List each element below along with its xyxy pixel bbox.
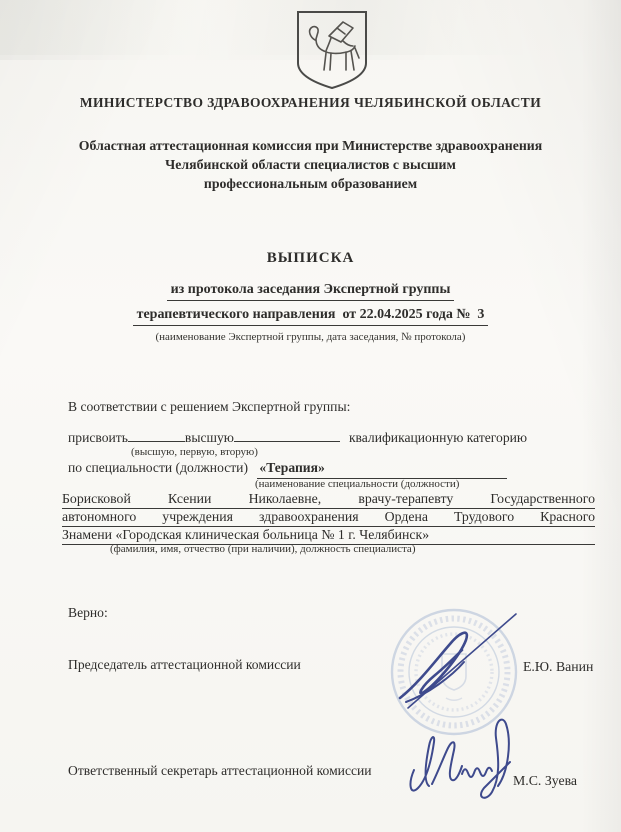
protocol-subtitle-line2: терапевтического направления от 22.04.20… xyxy=(0,307,621,326)
document-title: ВЫПИСКА xyxy=(0,250,621,267)
specialty-value: «Терапия» xyxy=(257,460,507,479)
signature-icon xyxy=(392,598,522,718)
assign-label: присвоить xyxy=(68,430,128,445)
specialist-line: Борисковой Ксении Николаевне, врачу-тера… xyxy=(62,490,595,509)
category-hint: (высшую, первую, вторую) xyxy=(131,446,258,458)
specialty-line: по специальности (должности) «Терапия» xyxy=(68,460,507,479)
blank-underline xyxy=(128,427,185,442)
decision-intro: В соответствии с решением Экспертной гру… xyxy=(68,399,350,415)
paper-edge-shadow xyxy=(581,0,621,832)
protocol-caption: (наименование Экспертной группы, дата за… xyxy=(0,331,621,343)
chairman-signature xyxy=(392,598,522,718)
commission-line: Областная аттестационная комиссия при Ми… xyxy=(0,136,621,155)
secretary-name: М.С. Зуева xyxy=(513,773,577,789)
protocol-subtitle-line1: из протокола заседания Экспертной группы xyxy=(0,282,621,301)
assign-line: присвоитьвысшуюквалификационную категори… xyxy=(68,427,527,446)
secretary-signature xyxy=(402,712,522,812)
shield-camel-icon xyxy=(293,8,371,92)
commission-line: профессиональным образованием xyxy=(0,174,621,193)
category-value: высшую xyxy=(185,430,234,445)
specialty-hint: (наименование специальности (должности) xyxy=(255,478,459,490)
secretary-label: Ответственный секретарь аттестационной к… xyxy=(68,763,372,779)
coat-of-arms-emblem xyxy=(293,8,371,92)
chairman-name: Е.Ю. Ванин xyxy=(523,659,593,675)
specialist-hint: (фамилия, имя, отчество (при наличии), д… xyxy=(110,543,415,555)
signature-icon xyxy=(402,712,522,812)
blank-underline xyxy=(234,427,340,442)
chairman-label: Председатель аттестационной комиссии xyxy=(68,657,301,673)
specialty-label: по специальности (должности) xyxy=(68,460,248,475)
verified-label: Верно: xyxy=(68,605,108,621)
commission-line: Челябинской области специалистов с высши… xyxy=(0,155,621,174)
commission-subheader: Областная аттестационная комиссия при Ми… xyxy=(0,136,621,193)
specialist-line: автономного учреждения здравоохранения О… xyxy=(62,508,595,527)
assign-suffix: квалификационную категорию xyxy=(349,430,527,445)
document-page: { "header": { "emblem": "chelyabinsk-obl… xyxy=(0,0,621,832)
ministry-title: МИНИСТЕРСТВО ЗДРАВООХРАНЕНИЯ ЧЕЛЯБИНСКОЙ… xyxy=(0,95,621,111)
